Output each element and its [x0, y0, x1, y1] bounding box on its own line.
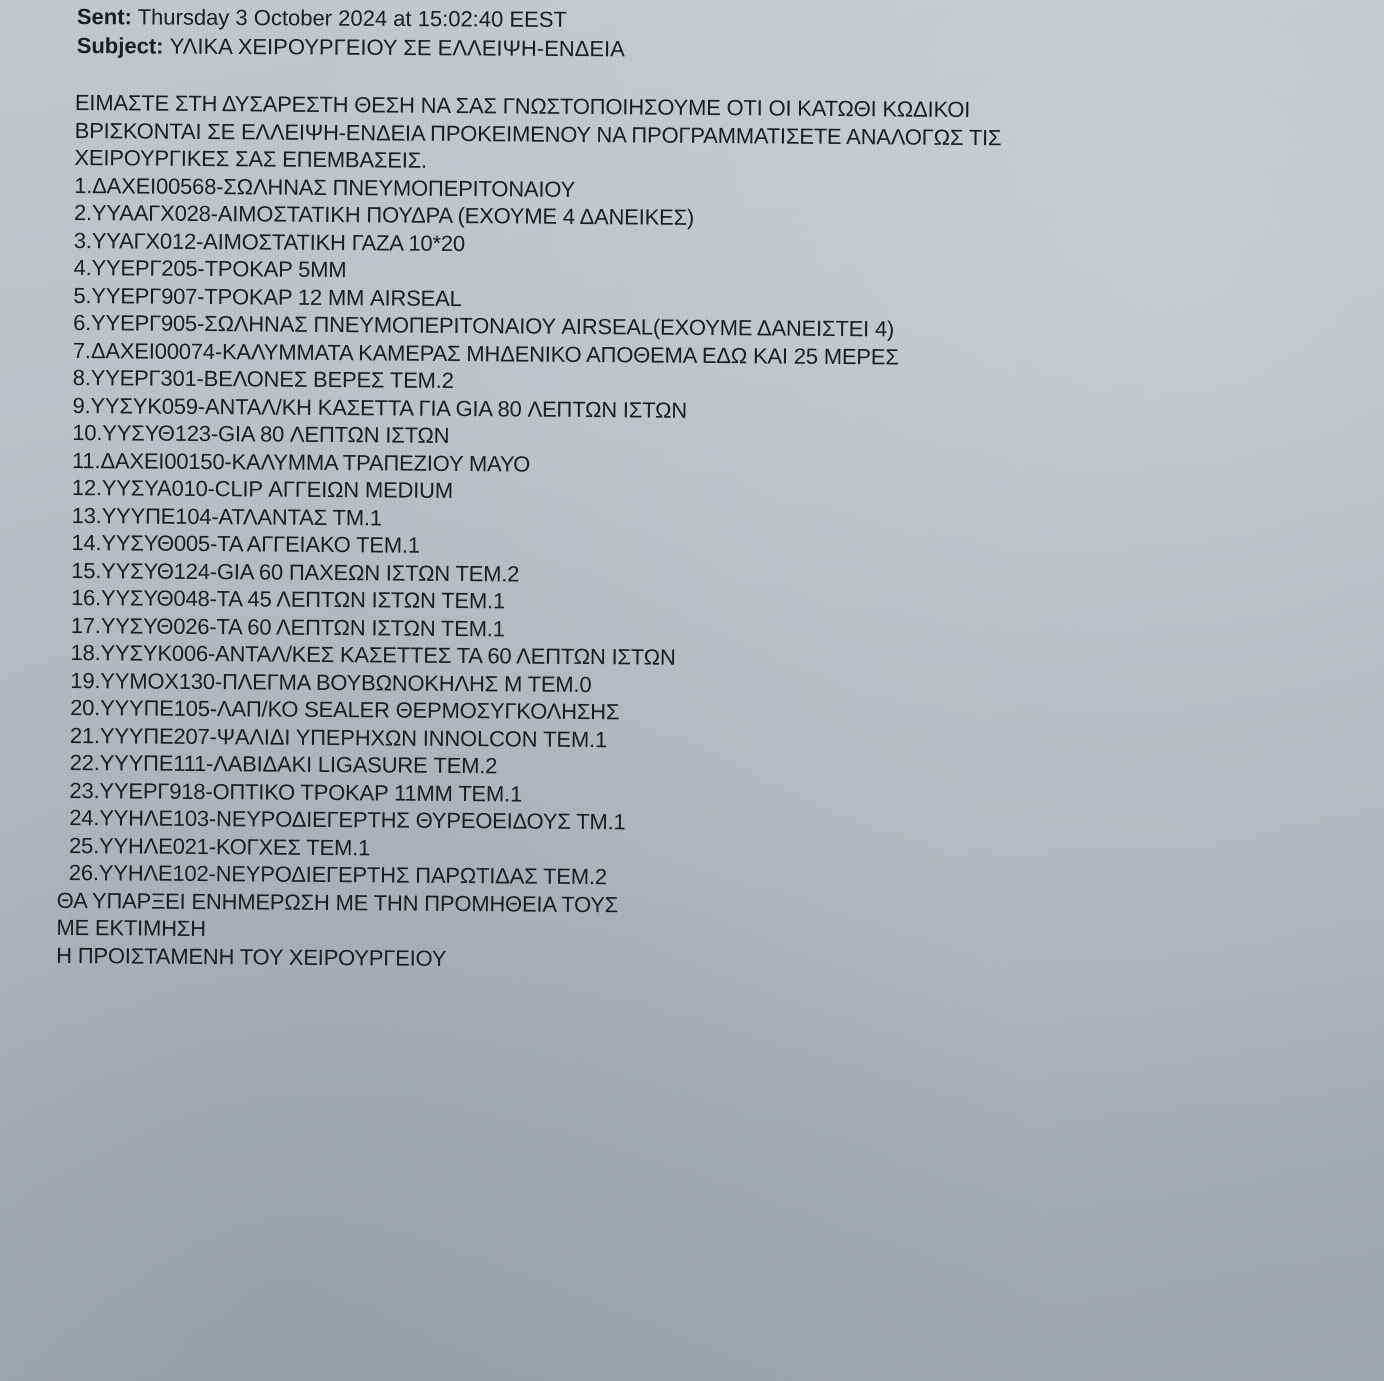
intro-paragraph: ΕΙΜΑΣΤΕ ΣΤΗ ΔΥΣΑΡΕΣΤΗ ΘΕΣΗ ΝΑ ΣΑΣ ΓΝΩΣΤΟ…: [74, 89, 1001, 179]
subject-row: Subject: ΥΛΙΚΑ ΧΕΙΡΟΥΡΓΕΙΟΥ ΣΕ ΕΛΛΕΙΨΗ-Ε…: [77, 31, 625, 63]
email-body: ΕΙΜΑΣΤΕ ΣΤΗ ΔΥΣΑΡΕΣΤΗ ΘΕΣΗ ΝΑ ΣΑΣ ΓΝΩΣΤΟ…: [68, 89, 1002, 976]
sent-label: Sent:: [77, 4, 132, 29]
sent-value: Thursday 3 October 2024 at 15:02:40 EEST: [138, 4, 567, 32]
subject-label: Subject:: [77, 33, 164, 59]
closing-block: ΘΑ ΥΠΑΡΞΕΙ ΕΝΗΜΕΡΩΣΗ ΜΕ ΤΗΝ ΠΡΟΜΗΘΕΙΑ ΤΟ…: [56, 886, 995, 976]
shortage-item-list: 1.ΔΑΧΕΙ00568-ΣΩΛΗΝΑΣ ΠΝΕΥΜΟΠΕΡΙΤΟΝΑΙΟΥ 2…: [69, 171, 1001, 893]
subject-value: ΥΛΙΚΑ ΧΕΙΡΟΥΡΓΕΙΟΥ ΣΕ ΕΛΛΕΙΨΗ-ΕΝΔΕΙΑ: [170, 34, 625, 62]
email-header: Sent: Thursday 3 October 2024 at 15:02:4…: [77, 2, 626, 63]
sent-row: Sent: Thursday 3 October 2024 at 15:02:4…: [77, 2, 625, 34]
